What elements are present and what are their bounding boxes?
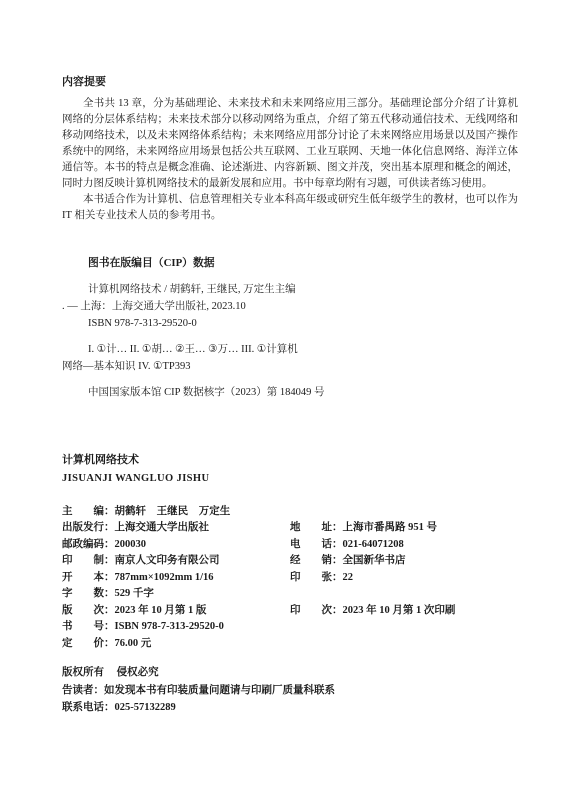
colophon-label: 定价 bbox=[62, 635, 104, 650]
colophon-row-isbn: 书号：ISBN 978-7-313-29520-0 bbox=[62, 618, 518, 634]
colophon-value: 22 bbox=[343, 572, 354, 583]
colophon-row-wordcount: 字数：529 千字 bbox=[62, 585, 518, 601]
colophon-label: 印次 bbox=[290, 602, 332, 617]
colophon-value: 2023 年 10 月第 1 次印刷 bbox=[343, 605, 456, 616]
cip-classification-block: I. ①计… II. ①胡… ②王… ③万… III. ①计算机 网络—基本知识… bbox=[62, 341, 518, 375]
colophon-row-postcode: 邮政编码：200030 电话：021-64071208 bbox=[62, 536, 518, 552]
colophon-colon: ： bbox=[104, 572, 115, 583]
summary-paragraph-1: 全书共 13 章，分为基础理论、未来技术和未来网络应用三部分。基础理论部分介绍了… bbox=[62, 96, 518, 192]
reader-notice: 告读者：如发现本书有印装质量问题请与印刷厂质量科联系 bbox=[62, 682, 518, 700]
colophon-row-editor: 主编：胡鹤轩 王继民 万定生 bbox=[62, 503, 518, 519]
colophon-colon: ： bbox=[332, 522, 343, 533]
colophon-label: 印制 bbox=[62, 552, 104, 567]
colophon-colon: ： bbox=[104, 638, 115, 649]
colophon-label: 电话 bbox=[290, 536, 332, 551]
cip-heading: 图书在版编目（CIP）数据 bbox=[62, 256, 518, 270]
colophon-row-printer: 印制：南京人文印务有限公司 经销：全国新华书店 bbox=[62, 552, 518, 568]
colophon-colon: ： bbox=[332, 539, 343, 550]
content-summary-section: 内容提要 全书共 13 章，分为基础理论、未来技术和未来网络应用三部分。基础理论… bbox=[62, 75, 518, 224]
colophon-row-publisher: 出版发行：上海交通大学出版社 地址：上海市番禺路 951 号 bbox=[62, 519, 518, 535]
colophon-value: 200030 bbox=[115, 539, 147, 550]
contact-phone: 联系电话：025-57132289 bbox=[62, 699, 518, 717]
cip-record-line: 中国国家版本馆 CIP 数据核字（2023）第 184049 号 bbox=[62, 385, 518, 400]
colophon-label: 经销 bbox=[290, 552, 332, 567]
colophon-table: 主编：胡鹤轩 王继民 万定生 出版发行：上海交通大学出版社 地址：上海市番禺路 … bbox=[62, 503, 518, 651]
colophon-colon: ： bbox=[104, 555, 115, 566]
colophon-row-edition: 版次：2023 年 10 月第 1 版 印次：2023 年 10 月第 1 次印… bbox=[62, 602, 518, 618]
cip-classification-line-2: 网络—基本知识 IV. ①TP393 bbox=[62, 358, 518, 375]
colophon-value: 2023 年 10 月第 1 版 bbox=[115, 605, 207, 616]
colophon-colon: ： bbox=[332, 605, 343, 616]
colophon-label: 印张 bbox=[290, 569, 332, 584]
colophon-colon: ： bbox=[104, 539, 115, 550]
colophon-label: 版次 bbox=[62, 602, 104, 617]
cip-classification-line-1: I. ①计… II. ①胡… ②王… ③万… III. ①计算机 bbox=[62, 341, 518, 358]
colophon-value: ISBN 978-7-313-29520-0 bbox=[115, 621, 224, 632]
colophon-value: 全国新华书店 bbox=[343, 555, 406, 566]
colophon-colon: ： bbox=[104, 621, 115, 632]
colophon-label: 开本 bbox=[62, 569, 104, 584]
book-copyright-page: { "document": { "summary": { "heading": … bbox=[0, 0, 577, 804]
colophon-value: 上海市番禺路 951 号 bbox=[343, 522, 438, 533]
colophon-colon: ： bbox=[104, 588, 115, 599]
colophon-row-price: 定价：76.00 元 bbox=[62, 635, 518, 651]
colophon-value: 787mm×1092mm 1/16 bbox=[115, 572, 214, 583]
colophon-label: 字数 bbox=[62, 585, 104, 600]
cip-entry-block: 计算机网络技术 / 胡鹤轩, 王继民, 万定生主编 . — 上海：上海交通大学出… bbox=[62, 281, 518, 332]
copyright-notice: 版权所有 侵权必究 bbox=[62, 664, 518, 682]
colophon-label: 邮政编码 bbox=[62, 536, 104, 551]
cip-entry-line-title: 计算机网络技术 / 胡鹤轩, 王继民, 万定生主编 bbox=[62, 281, 518, 298]
cip-entry-line-isbn: ISBN 978-7-313-29520-0 bbox=[62, 315, 518, 332]
book-title-pinyin: JISUANJI WANGLUO JISHU bbox=[62, 470, 518, 489]
title-block: 计算机网络技术 JISUANJI WANGLUO JISHU bbox=[62, 451, 518, 488]
colophon-colon: ： bbox=[332, 555, 343, 566]
colophon-value: 胡鹤轩 王继民 万定生 bbox=[115, 506, 231, 517]
colophon-colon: ： bbox=[332, 572, 343, 583]
colophon-row-format: 开本：787mm×1092mm 1/16 印张：22 bbox=[62, 569, 518, 585]
book-title: 计算机网络技术 bbox=[62, 451, 518, 470]
content-summary-heading: 内容提要 bbox=[62, 75, 518, 90]
copyright-notice-block: 版权所有 侵权必究 告读者：如发现本书有印装质量问题请与印刷厂质量科联系 联系电… bbox=[62, 664, 518, 717]
colophon-label: 书号 bbox=[62, 618, 104, 633]
colophon-value: 南京人文印务有限公司 bbox=[115, 555, 220, 566]
colophon-colon: ： bbox=[104, 506, 115, 517]
colophon-value: 上海交通大学出版社 bbox=[115, 522, 210, 533]
colophon-value: 021-64071208 bbox=[343, 539, 404, 550]
colophon-colon: ： bbox=[104, 522, 115, 533]
colophon-value: 76.00 元 bbox=[115, 638, 152, 649]
colophon-label: 出版发行 bbox=[62, 519, 104, 534]
summary-paragraph-2: 本书适合作为计算机、信息管理相关专业本科高年级或研究生低年级学生的教材，也可以作… bbox=[62, 192, 518, 224]
cip-entry-line-publisher: . — 上海：上海交通大学出版社, 2023.10 bbox=[62, 298, 518, 315]
colophon-label: 主编 bbox=[62, 503, 104, 518]
colophon-value: 529 千字 bbox=[115, 588, 154, 599]
colophon-colon: ： bbox=[104, 605, 115, 616]
colophon-label: 地址 bbox=[290, 519, 332, 534]
